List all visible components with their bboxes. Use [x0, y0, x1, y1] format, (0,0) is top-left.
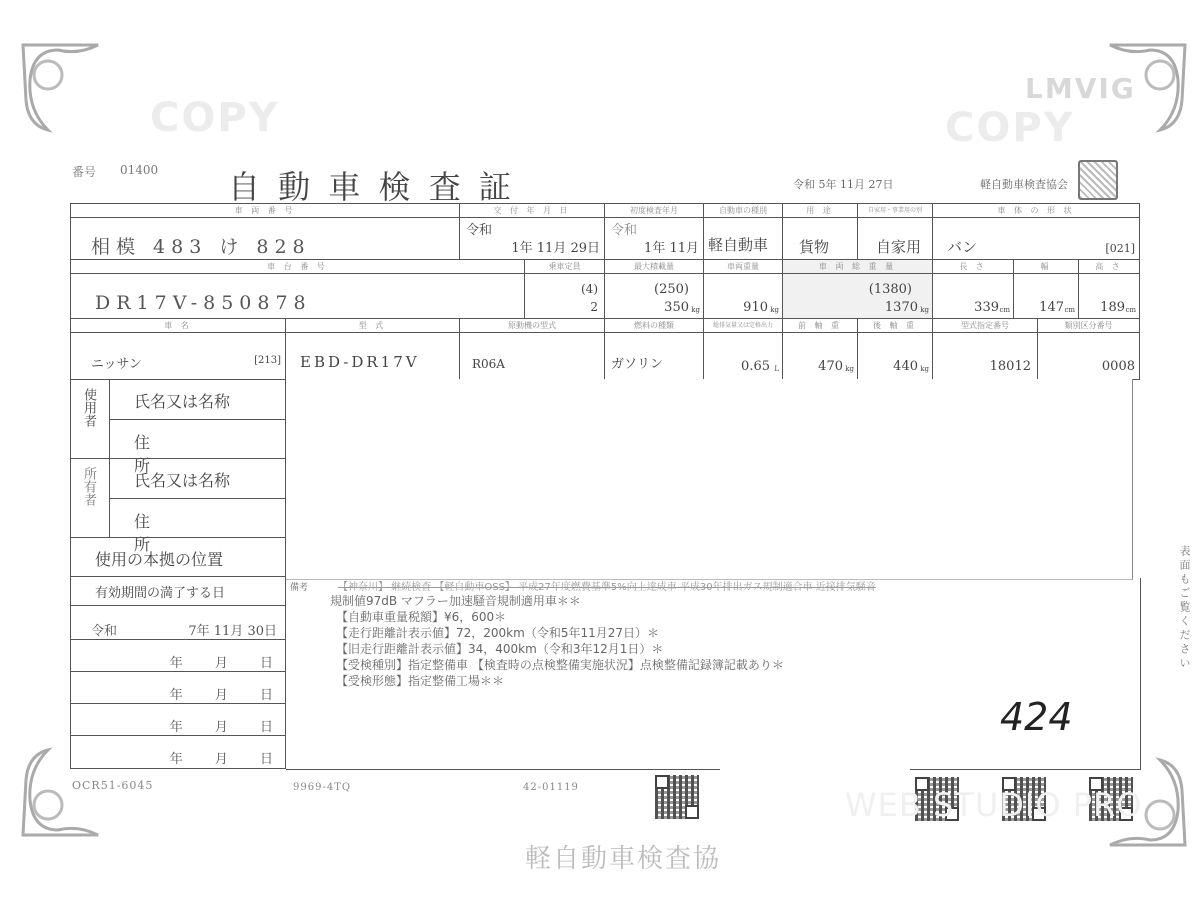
footer-code-2: 9969-4TQ [293, 782, 351, 793]
notes-line: 【走行距離計表示値】72，200km（令和5年11月27日）＊ [336, 624, 659, 641]
expiry-date-cell: 令和 7年 11月 30日 [70, 605, 286, 640]
displacement-cell: 総排気量又は定格出力 0.65 L [703, 318, 783, 380]
owner-name-label-cell: 氏名又は名称 [109, 458, 286, 499]
copy-watermark: COPY [150, 95, 280, 141]
notes-line: 【旧走行距離計表示値】34，400km（令和3年12月1日）＊ [336, 640, 663, 657]
owner-section: 所有者 [70, 458, 110, 538]
notes-line: 【神奈川】 継続検査 【軽自動車OSS】 平成27年度燃費基準5%向上達成車 平… [338, 578, 876, 593]
blank-date-row: 年 月 日 [70, 671, 286, 704]
handwritten-number: 424 [1000, 695, 1073, 739]
lmg-watermark: LMVIG [1025, 72, 1136, 105]
rear-axle-cell: 後 軸 重 440 kg [857, 318, 933, 380]
footer-code-3: 42-01119 [523, 782, 579, 793]
engine-cell: 原動機の型式 R06A [459, 318, 605, 380]
category-cell: 類別区分番号 0008 [1037, 318, 1140, 380]
issue-date: 令和 5年 11月 27日 [793, 176, 893, 192]
maker-cell: 車 名 ニッサン [213] [70, 318, 286, 380]
height-cell: 高 さ 189 cm [1078, 259, 1140, 319]
chassis-number: DR17V-850878 [95, 292, 312, 314]
notes-line: 【受検種別】指定整備車 【検査時の点検整備実施状況】点検整備記録簿記載あり＊ [336, 656, 784, 673]
use-cell: 用 途 貨物 [782, 203, 858, 260]
reg-number: 相模 483 け 828 [91, 232, 311, 259]
notes-line: 【受検形態】指定整備工場＊＊ [336, 672, 504, 689]
blank-date-row: 年 月 日 [70, 639, 286, 672]
width-cell: 幅 147 cm [1013, 259, 1079, 319]
side-note: 表面もご覧ください [1176, 545, 1192, 671]
issuer-name: 軽自動車検査協会 [980, 176, 1068, 192]
blank-date-row: 年 月 日 [70, 703, 286, 736]
corner-ornament-icon [18, 40, 108, 150]
fuel-cell: 燃料の種類 ガソリン [604, 318, 704, 380]
number-value: 01400 [120, 163, 158, 177]
user-name-label-cell: 氏名又は名称 [109, 379, 286, 420]
front-axle-cell: 前 軸 重 470 kg [782, 318, 858, 380]
private-use-cell: 自家用・事業用の別 自家用 [857, 203, 933, 260]
redacted-area [286, 379, 1133, 580]
expiry-label-cell: 有効期間の満了する日 [70, 576, 286, 606]
gross-weight-cell: 車 両 総 重 量 (1380) 1370 kg [782, 259, 933, 319]
notes-line: 【自動車重量税額】¥6，600＊ [336, 608, 506, 625]
max-load-cell: 最大積載量 (250) 350 kg [604, 259, 704, 319]
footer-code-1: OCR51-6045 [72, 779, 153, 792]
notes-line: 規制値97dB マフラー加速騒音規制適用車＊＊ [330, 592, 581, 609]
number-label: 番号 [72, 163, 96, 180]
weight-cell: 車両重量 910 kg [703, 259, 783, 319]
footer-org: 軽自動車検査協 [525, 838, 721, 875]
body-shape-cell: 車 体 の 形 状 バン [021] [932, 203, 1140, 260]
user-address-label-cell: 住 所 [109, 419, 286, 459]
length-cell: 長 さ 339 cm [932, 259, 1014, 319]
model-cell: 型 式 EBD-DR17V [285, 318, 460, 380]
first-reg-cell: 初度検査年月 令和 1年 11月 [604, 203, 704, 260]
owner-address-label-cell: 住 所 [109, 498, 286, 538]
vehicle-type-cell: 自動車の種別 軽自動車 [703, 203, 783, 260]
base-location-label-cell: 使用の本拠の位置 [70, 537, 286, 577]
qr-code-icon [655, 775, 699, 819]
official-seal-icon [1078, 160, 1118, 200]
copy-watermark: COPY [945, 105, 1075, 151]
type-approval-cell: 型式指定番号 18012 [932, 318, 1038, 380]
issue-date-cell: 交 付 年 月 日 令和 1年 11月 29日 [459, 203, 605, 260]
user-section: 使用者 [70, 379, 110, 459]
capacity-cell: 乗車定員 (4) 2 [524, 259, 605, 319]
site-watermark: WEB STUDIO PRO [845, 786, 1142, 824]
reg-number-cell: 車 両 番 号 相模 483 け 828 [70, 203, 460, 260]
chassis-cell: 車 台 番 号 DR17V-850878 [70, 259, 525, 319]
page-title: 自 動 車 検 査 証 [228, 162, 515, 208]
notes-section: 備考 【神奈川】 継続検査 【軽自動車OSS】 平成27年度燃費基準5%向上達成… [286, 578, 1141, 770]
redacted-area [720, 730, 910, 775]
blank-date-row: 年 月 日 [70, 735, 286, 769]
